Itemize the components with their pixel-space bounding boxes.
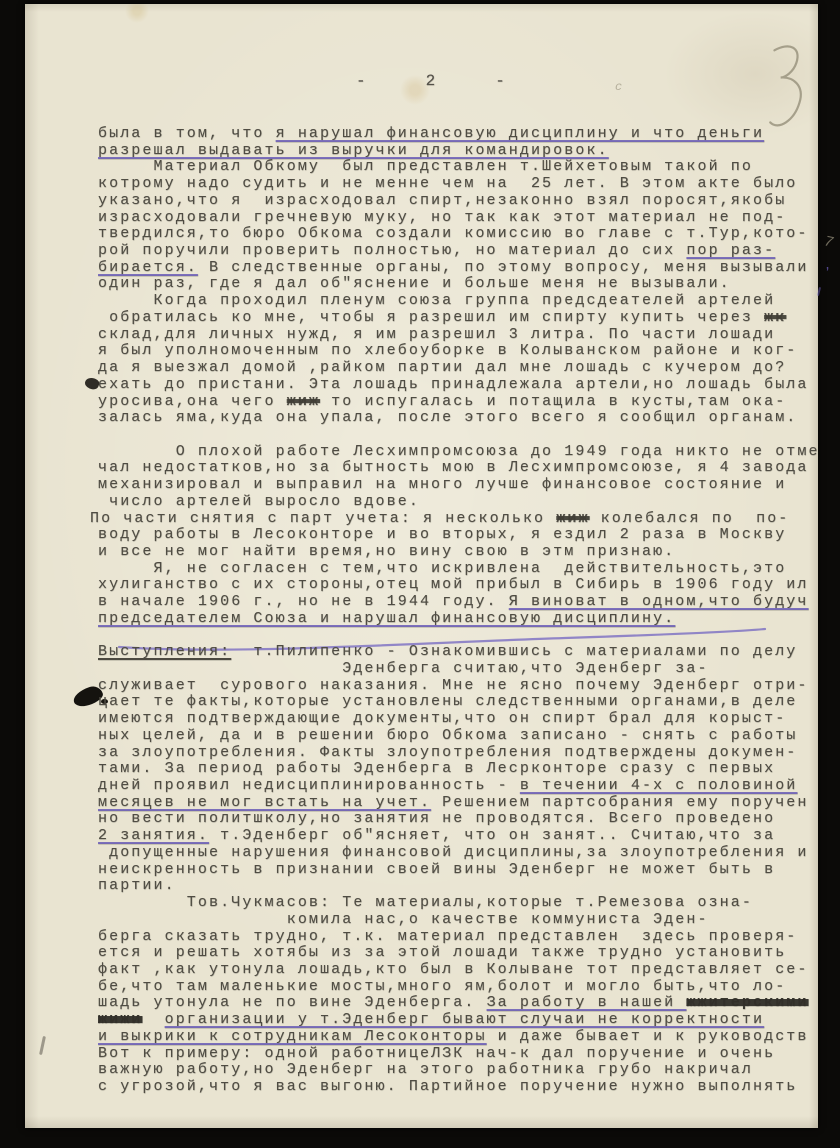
document-line: комила нас,о качестве коммуниста Эден- <box>98 912 828 929</box>
document-line: служивает сурового наказания. Мне не ясн… <box>98 678 828 695</box>
document-line: и выкрики к сотрудникам Лесоконторы и да… <box>98 1029 828 1046</box>
document-line: ных целей, да и в решении бюро Обкома за… <box>98 728 828 745</box>
document-line: имеются подтверждающие документы,что он … <box>98 711 828 728</box>
document-line: неискренность в признании своей вины Эде… <box>98 862 828 879</box>
document-line: число артелей выросло вдове. <box>98 494 828 511</box>
document-line: рой поручили проверить полностью, но мат… <box>98 243 828 260</box>
document-line: указано,что я израсходовал спирт,незакон… <box>98 193 828 210</box>
document-line: 2 занятия. т.Эденберг об"ясняет, что он … <box>98 828 828 845</box>
document-line: По части снятия с парт учета: я нескольк… <box>90 511 828 528</box>
document-line: месяцев не мог встать на учет. Решением … <box>98 795 828 812</box>
document-line: и все не мог найти время,но вину свою в … <box>98 544 828 561</box>
document-line: разрешал выдавать из выручки для команди… <box>98 143 828 160</box>
document-line: председателем Союза и нарушал финансовую… <box>98 611 828 628</box>
document-line: была в том, что я нарушал финансовую дис… <box>98 126 828 143</box>
document-line: дней проявил недисциплинированность - в … <box>98 778 828 795</box>
document-line: бе,что там маленькие мосты,много ям,боло… <box>98 979 828 996</box>
document-line: в начале 1906 г., но не в 1944 году. Я в… <box>98 594 828 611</box>
pencil-c-mark: c <box>615 80 622 94</box>
document-line: жижи организации у т.Эденберг бывают слу… <box>98 1012 828 1029</box>
document-line: ется и решать хотябы из за этой лошади т… <box>98 945 828 962</box>
document-line: Выступления: т.Пилипенко - Ознакомившись… <box>98 644 828 661</box>
scan-background: - 2 - 7 c ʼ была в том, что я нарушал фи… <box>0 0 840 1148</box>
document-line: чал недостатков,но за бытность мою в Лес… <box>98 460 828 477</box>
document-line: Эденберга считаю,что Эденберг за- <box>98 661 828 678</box>
document-line: твердился,то бюро Обкома создали комисси… <box>98 226 828 243</box>
document-line: допущенные нарушения финансовой дисципли… <box>98 845 828 862</box>
document-line: важную работу,но Эденберг на этого работ… <box>98 1062 828 1079</box>
document-line: с угрозой,что я вас выгоню. Партийное по… <box>98 1079 828 1096</box>
pencil-stroke-mark <box>39 1036 46 1055</box>
document-line: обратилась ко мне, чтобы я разрешил им с… <box>98 310 828 327</box>
document-line: Тов.Чукмасов: Те материалы,которые т.Рем… <box>98 895 828 912</box>
document-line: израсходовали гречневую муку, но так как… <box>98 210 828 227</box>
document-line: Материал Обкому был представлен т.Шейхет… <box>98 159 828 176</box>
document-line: берга сказать трудно, т.к. материал пред… <box>98 929 828 946</box>
document-line: залась яма,куда она упала, после этого в… <box>98 410 828 427</box>
document-line: уросива,она чего жиж то испугалась и пот… <box>98 394 828 411</box>
document-line: котрому надо судить и не менне чем на 25… <box>98 176 828 193</box>
document-line: Я, не согласен с тем,что искривлена дейс… <box>98 561 828 578</box>
document-line: но вести политшколу,но занятия не провод… <box>98 811 828 828</box>
document-line: шадь утонула не по вине Эденберга. За ра… <box>98 995 828 1012</box>
document-line: О плохой работе Лесхимпромсоюза до 1949 … <box>98 444 828 461</box>
page-number: - 2 - <box>356 72 507 90</box>
document-line: партии. <box>98 878 828 895</box>
document-line: Когда проходил пленум союза группа предс… <box>98 293 828 310</box>
paper-page: - 2 - 7 c ʼ была в том, что я нарушал фи… <box>25 4 818 1128</box>
document-line <box>98 427 828 444</box>
document-line: факт ,как утонула лошадь,кто был в Колыв… <box>98 962 828 979</box>
document-line <box>98 628 828 645</box>
document-line: хулиганство с их стороны,отец мой прибыл… <box>98 577 828 594</box>
document-line: бирается. В следственные органы, по этом… <box>98 260 828 277</box>
document-line: Вот к примеру: одной работницеЛЗК нач-к … <box>98 1046 828 1063</box>
document-line: воду работы в Лесоконторе и во вторых, я… <box>98 527 828 544</box>
document-line: за злоупотребления. Факты злоупотреблени… <box>98 745 828 762</box>
document-line: один раз, где я дал об"яснение и больше … <box>98 276 828 293</box>
document-line: ехать до пристани. Эта лошадь принадлежа… <box>98 377 828 394</box>
document-line: тами. За период работы Эденберга в Лесрк… <box>98 761 828 778</box>
handwritten-3-mark <box>761 42 815 136</box>
document-line: цает те факты,которые установлены следст… <box>98 694 828 711</box>
document-line: склад,для личных нужд, я им разрешил 3 л… <box>98 327 828 344</box>
document-text: была в том, что я нарушал финансовую дис… <box>98 126 828 1096</box>
document-line: я был уполномоченным по хлебоуборке в Ко… <box>98 343 828 360</box>
document-line: да я выезжал домой ,райком партии дал мн… <box>98 360 828 377</box>
document-line: механизировал и выправил на много лучше … <box>98 477 828 494</box>
